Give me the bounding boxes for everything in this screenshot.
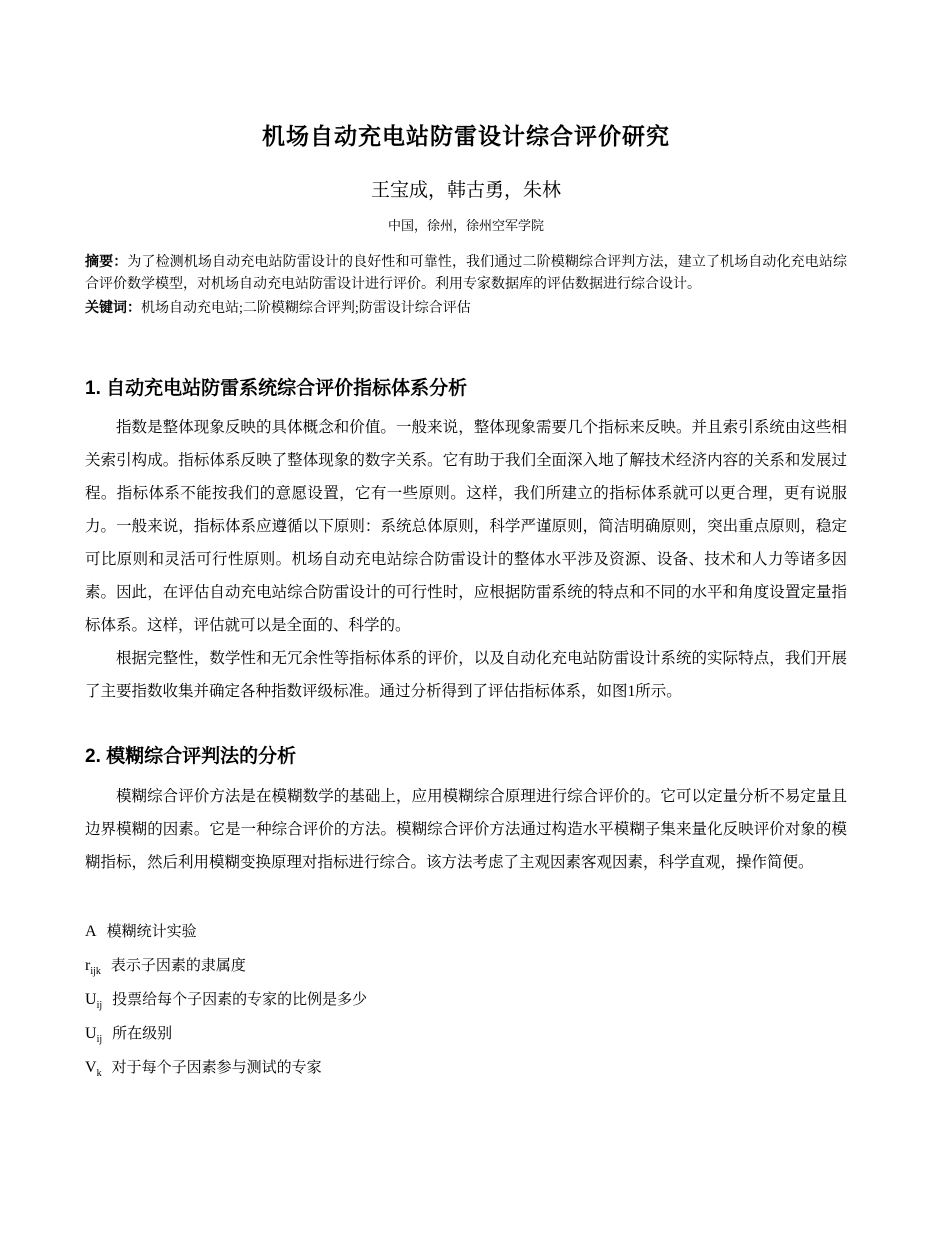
- definition-description: 对于每个子因素参与测试的专家: [112, 1060, 322, 1076]
- authors-line: 王宝成，韩古勇，朱林: [85, 178, 847, 204]
- definition-row: Uij所在级别: [85, 1017, 847, 1051]
- section-1-paragraph-2: 根据完整性，数学性和无冗余性等指标体系的评价，以及自动化充电站防雷设计系统的实际…: [85, 642, 847, 708]
- definition-row: A模糊统计实验: [85, 915, 847, 949]
- definition-subscript: k: [97, 1068, 102, 1079]
- definition-subscript: ijk: [90, 966, 101, 977]
- definition-description: 所在级别: [112, 1026, 172, 1042]
- paper-title: 机场自动充电站防雷设计综合评价研究: [85, 120, 847, 152]
- affiliation-line: 中国，徐州，徐州空军学院: [85, 217, 847, 235]
- abstract: 摘要：为了检测机场自动充电站防雷设计的良好性和可靠性，我们通过二阶模糊综合评判方…: [85, 250, 847, 320]
- definition-symbol: Vk: [85, 1059, 102, 1076]
- definition-subscript: ij: [97, 1000, 103, 1011]
- abstract-paragraph: 摘要：为了检测机场自动充电站防雷设计的良好性和可靠性，我们通过二阶模糊综合评判方…: [85, 250, 847, 296]
- section-2-paragraph-1: 模糊综合评价方法是在模糊数学的基础上，应用模糊综合原理进行综合评价的。它可以定量…: [85, 780, 847, 879]
- section-2-body: 模糊综合评价方法是在模糊数学的基础上，应用模糊综合原理进行综合评价的。它可以定量…: [85, 780, 847, 879]
- definition-symbol: A: [85, 923, 97, 940]
- definition-row: Vk对于每个子因素参与测试的专家: [85, 1051, 847, 1085]
- definition-symbol: rijk: [85, 957, 101, 974]
- section-1-body: 指数是整体现象反映的具体概念和价值。一般来说，整体现象需要几个指标来反映。并且索…: [85, 411, 847, 708]
- definition-description: 表示子因素的隶属度: [111, 958, 246, 974]
- definition-symbol: Uij: [85, 991, 102, 1008]
- definition-row: rijk表示子因素的隶属度: [85, 949, 847, 983]
- section-2-heading: 2. 模糊综合评判法的分析: [85, 744, 847, 770]
- definition-description: 模糊统计实验: [107, 924, 197, 940]
- abstract-text: 为了检测机场自动充电站防雷设计的良好性和可靠性，我们通过二阶模糊综合评判方法，建…: [85, 255, 847, 292]
- keywords-label: 关键词：: [85, 299, 141, 315]
- section-1-paragraph-1: 指数是整体现象反映的具体概念和价值。一般来说，整体现象需要几个指标来反映。并且索…: [85, 411, 847, 642]
- keywords: 关键词：机场自动充电站;二阶模糊综合评判;防雷设计综合评估: [85, 296, 847, 320]
- abstract-label: 摘要：: [85, 253, 127, 269]
- definition-description: 投票给每个子因素的专家的比例是多少: [112, 992, 367, 1008]
- section-1-heading: 1. 自动充电站防雷系统综合评价指标体系分析: [85, 376, 847, 402]
- definition-subscript: ij: [97, 1034, 103, 1045]
- document-page: 机场自动充电站防雷设计综合评价研究 王宝成，韩古勇，朱林 中国，徐州，徐州空军学…: [0, 0, 926, 1257]
- document-content: 机场自动充电站防雷设计综合评价研究 王宝成，韩古勇，朱林 中国，徐州，徐州空军学…: [85, 0, 847, 1085]
- definition-row: Uij投票给每个子因素的专家的比例是多少: [85, 983, 847, 1017]
- definition-symbol: Uij: [85, 1025, 102, 1042]
- symbol-definitions: A模糊统计实验 rijk表示子因素的隶属度 Uij投票给每个子因素的专家的比例是…: [85, 915, 847, 1085]
- keywords-text: 机场自动充电站;二阶模糊综合评判;防雷设计综合评估: [141, 301, 471, 316]
